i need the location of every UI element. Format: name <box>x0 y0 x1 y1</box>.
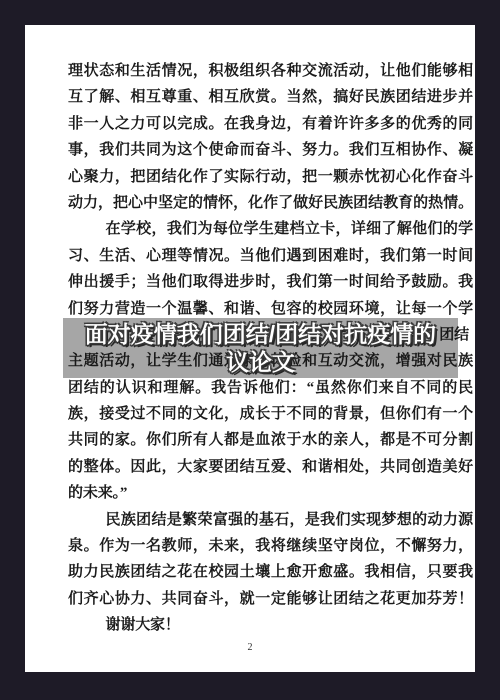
body-text-line: 非一人之力可以完成。在我身边，有着许许多多的优秀的同 <box>68 111 473 137</box>
body-text-line: 心聚力，把团结化作了实际行动，把一颗赤忱初心化作奋斗 <box>68 164 473 190</box>
overlay-title-line1: 面对疫情我们团结/团结对抗疫情的 <box>85 320 436 349</box>
body-text-line: 团结的认识和理解。我告诉他们：“虽然你们来自不同的民 <box>68 375 473 401</box>
document-page: 理状态和生活情况，积极组织各种交流活动，让他们能够相互了解、相互尊重、相互欣赏。… <box>0 0 500 700</box>
body-text-line: 的未来。” <box>68 480 473 506</box>
body-text-line: 谢谢大家！ <box>68 612 473 638</box>
body-text-line: 助力民族团结之花在校园土壤上愈开愈盛。我相信，只要我 <box>68 559 473 585</box>
body-text-line: 理状态和生活情况，积极组织各种交流活动，让他们能够相 <box>68 58 473 84</box>
body-text-line: 的整体。因此，大家要团结互爱、和谐相处，共同创造美好 <box>68 454 473 480</box>
body-text-line: 互了解、相互尊重、相互欣赏。当然，搞好民族团结进步并 <box>68 84 473 110</box>
body-text-line: 习、生活、心理等情况。当他们遇到困难时，我们第一时间 <box>68 243 473 269</box>
body-text-line: 在学校，我们为每位学生建档立卡，详细了解他们的学 <box>68 216 473 242</box>
body-text-line: 族，接受过不同的文化，成长于不同的背景，但你们有一个 <box>68 401 473 427</box>
body-text-line: 泉。作为一名教师，未来，我将继续坚守岗位，不懈努力， <box>68 533 473 559</box>
body-text-line: 们齐心协力、共同奋斗，就一定能够让团结之花更加芬芳！ <box>68 586 473 612</box>
body-text-line: 民族团结是繁荣富强的基石，是我们实现梦想的动力源 <box>68 507 473 533</box>
body-text-line: 动力，把心中坚定的情怀，化作了做好民族团结教育的热情。 <box>68 190 473 216</box>
page-number: 2 <box>0 642 500 653</box>
body-text-line: 共同的家。你们所有人都是血浓于水的亲人，都是不可分割 <box>68 427 473 453</box>
body-text-line: 事，我们共同为这个使命而奋斗、努力。我们互相协作、凝 <box>68 137 473 163</box>
overlay-title-line2: 议论文 <box>226 349 295 376</box>
body-text-line: 伸出援手；当他们取得进步时，我们第一时间给予鼓励。我 <box>68 269 473 295</box>
title-overlay-band: 面对疫情我们团结/团结对抗疫情的 议论文 <box>63 318 458 378</box>
